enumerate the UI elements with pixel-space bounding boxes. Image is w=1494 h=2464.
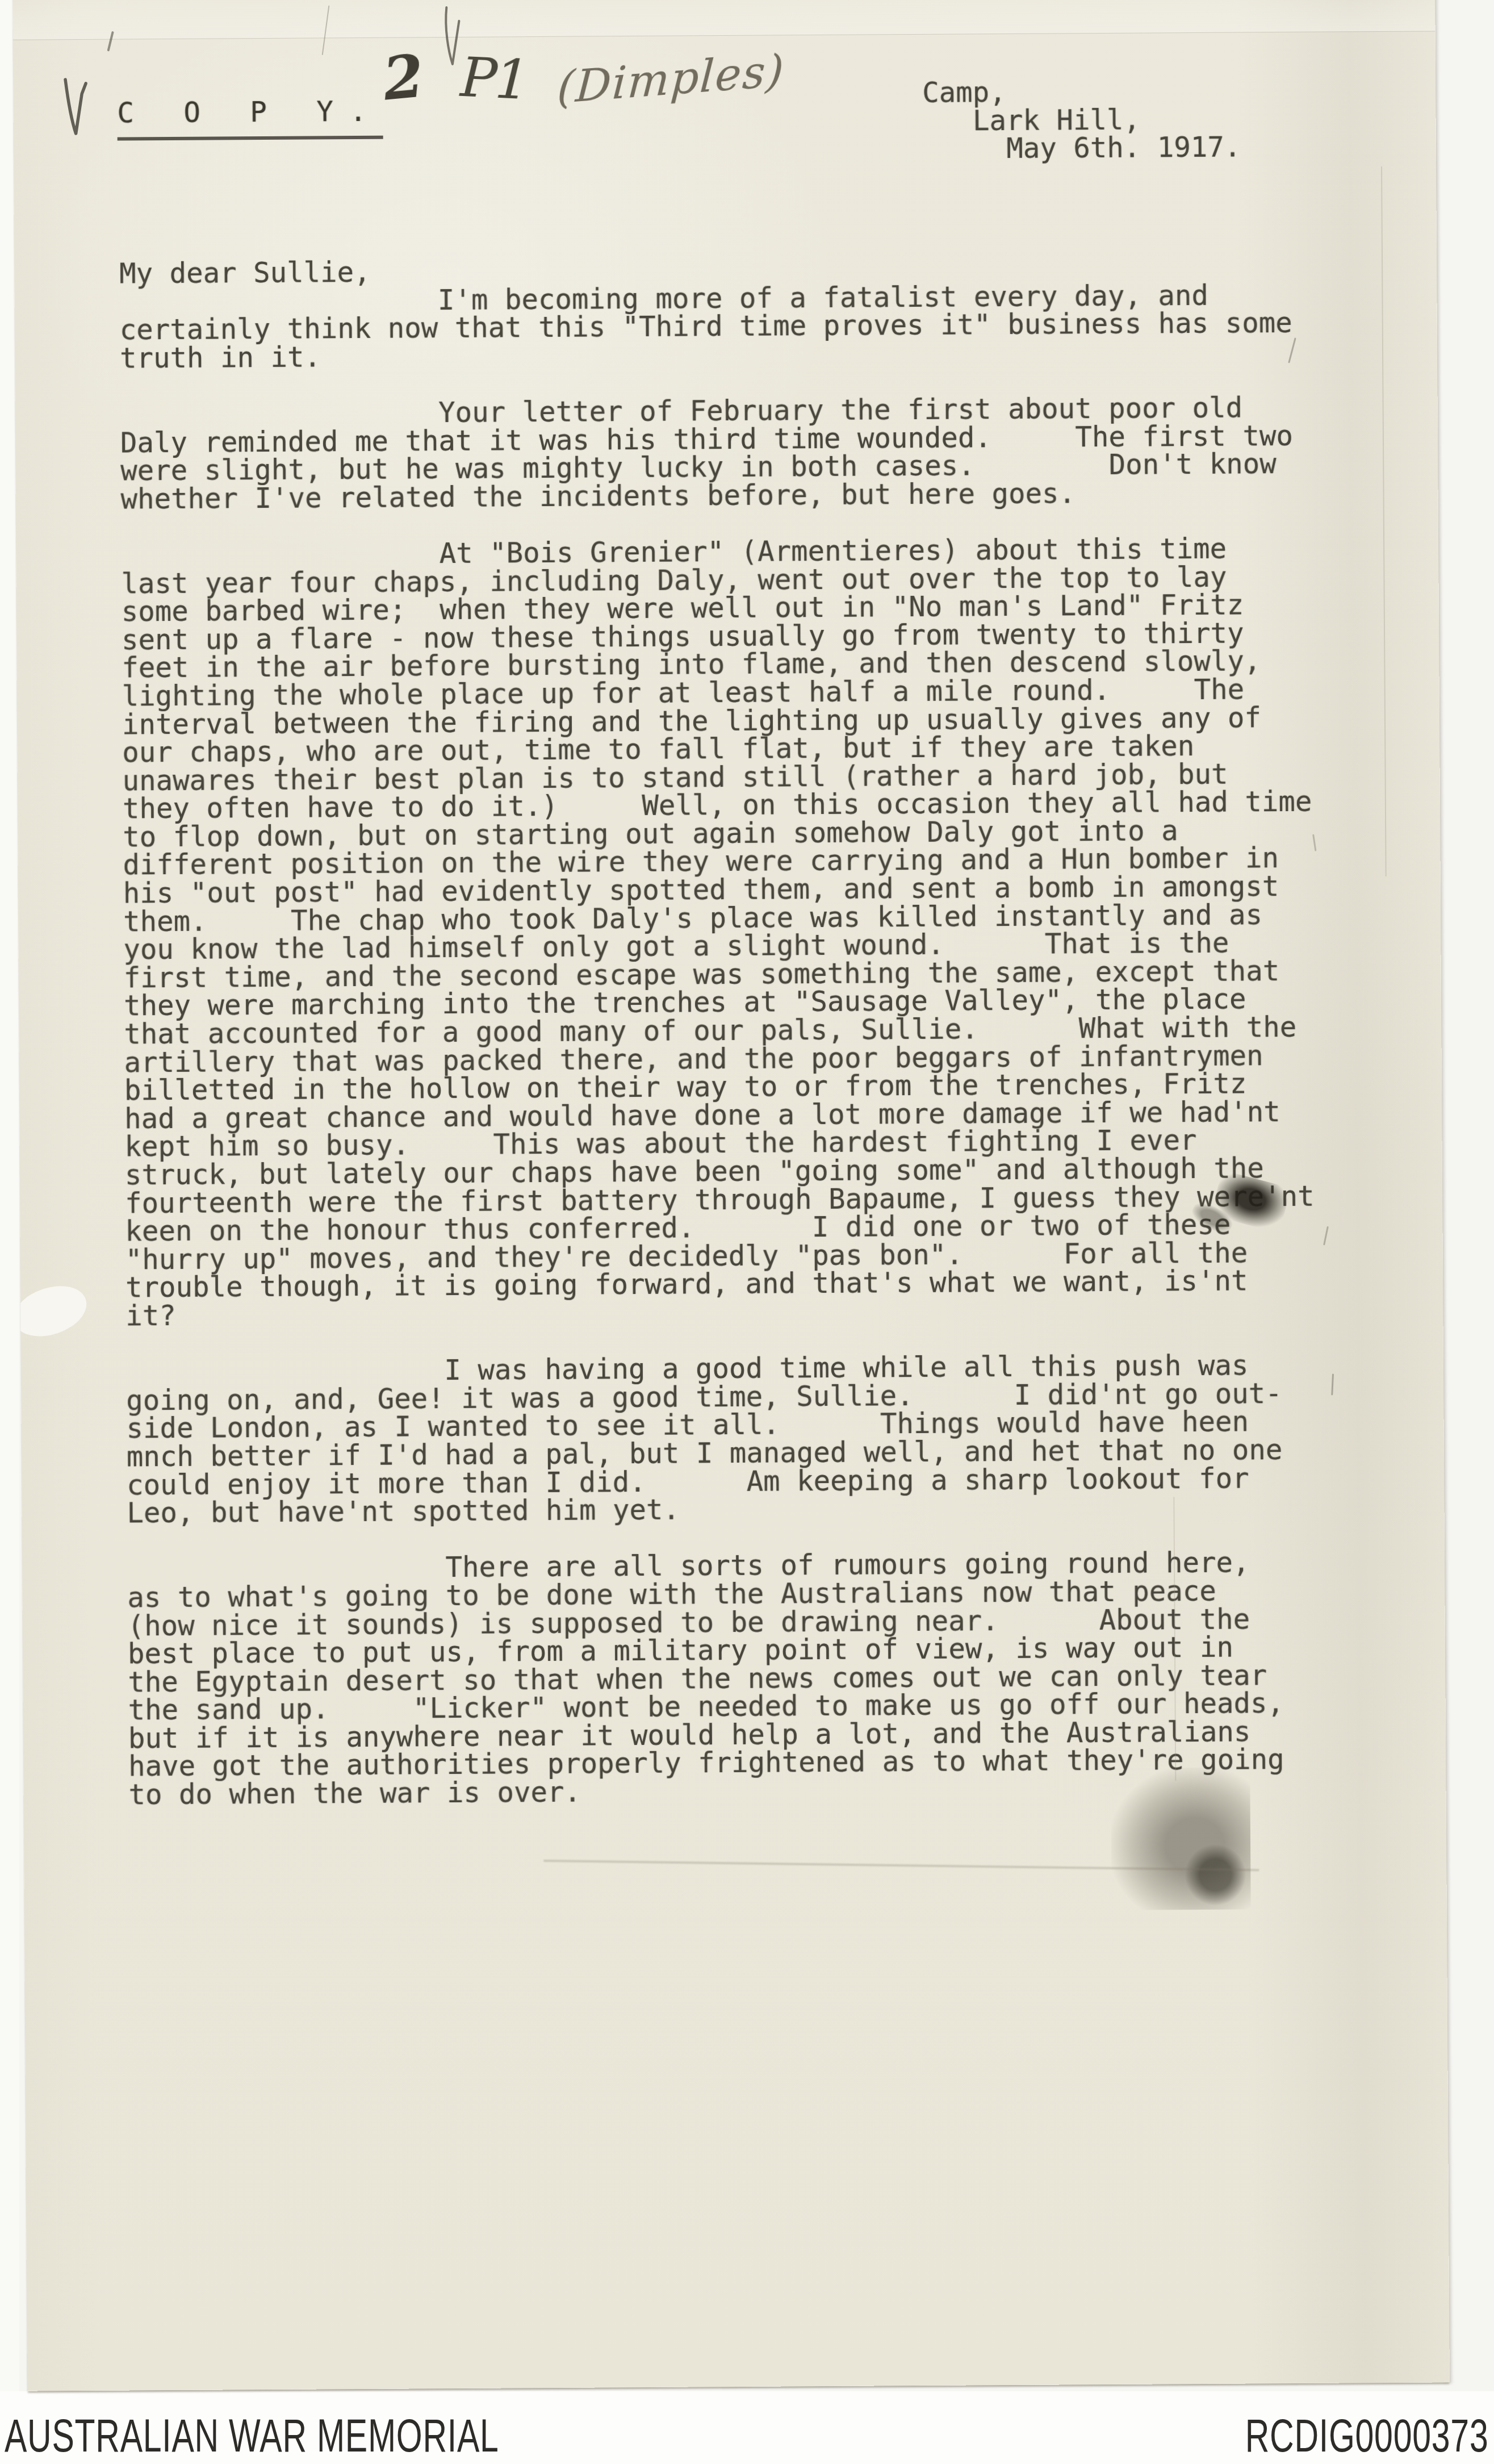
typewritten-line: May 6th. 1917. bbox=[119, 133, 1241, 169]
typewritten-line: could enjoy it more than I did. Am keepi… bbox=[127, 1464, 1316, 1499]
margin-pencil-mark bbox=[1312, 834, 1316, 851]
page-edge-fold bbox=[12, 1277, 93, 1345]
awm-footer-id: RCDIG0000373 bbox=[1245, 2413, 1488, 2459]
typewritten-line: trouble though, it is going forward, and… bbox=[125, 1267, 1315, 1302]
scan-canvas: C O P Y. 2 P1 (Dimples) Camp, Lark Hill, bbox=[0, 0, 1494, 2464]
smudge-stain-core bbox=[1183, 1843, 1248, 1907]
letter-body-text: My dear Sullie, I'm becoming more of a f… bbox=[119, 253, 1318, 1809]
margin-pencil-mark bbox=[1323, 1226, 1329, 1246]
pencil-checkmark-icon bbox=[61, 77, 91, 141]
letter-dateline: Camp, Lark Hill, May 6th. 1917. bbox=[118, 77, 1241, 168]
paper-crease-vertical bbox=[1381, 166, 1387, 876]
margin-pencil-mark bbox=[1331, 1373, 1334, 1395]
typewritten-line: certainly think now that this "Third tim… bbox=[120, 309, 1309, 344]
awm-footer-title: AUSTRALIAN WAR MEMORIAL bbox=[5, 2413, 499, 2459]
page-top-edge bbox=[12, 0, 1435, 40]
scanned-letter-page: C O P Y. 2 P1 (Dimples) Camp, Lark Hill, bbox=[12, 0, 1450, 2391]
